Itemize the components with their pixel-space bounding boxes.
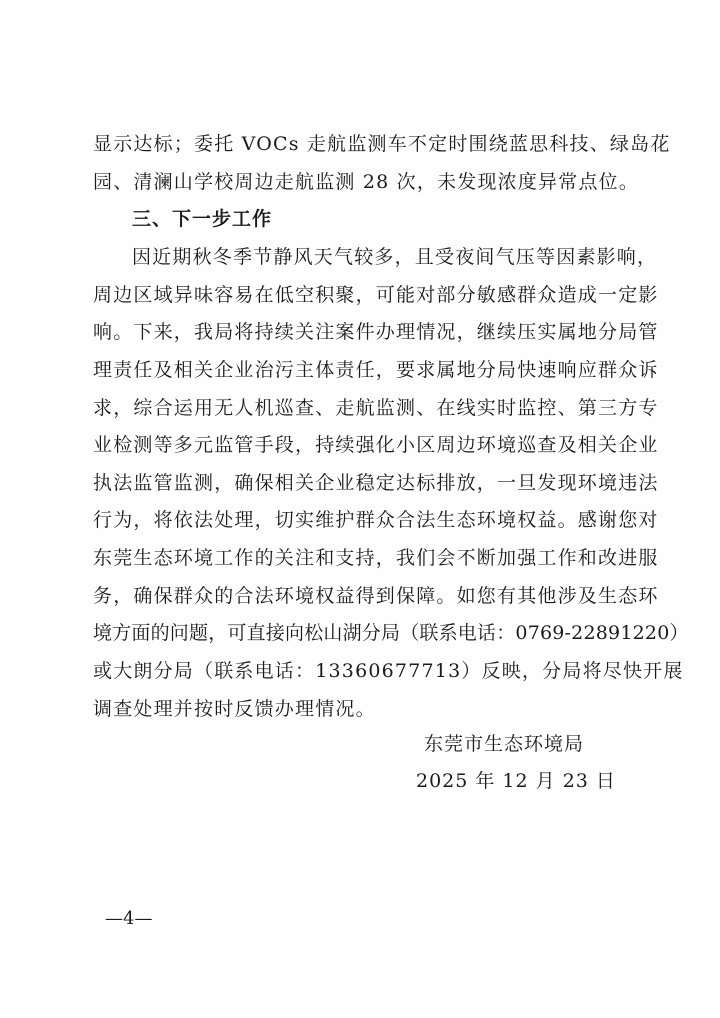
paragraph-line: 执法监管监测，确保相关企业稳定达标排放，一旦发现环境违法 xyxy=(93,471,633,495)
paragraph-line: 求，综合运用无人机巡查、走航监测、在线实时监控、第三方专 xyxy=(93,396,633,420)
page-number: —4— xyxy=(105,908,152,930)
paragraph-line: 行为，将依法处理，切实维护群众合法生态环境权益。感谢您对 xyxy=(93,508,633,532)
paragraph-line: 显示达标；委托 VOCs 走航监测车不定时围绕蓝思科技、绿岛花 xyxy=(93,132,633,156)
signature-organization: 东莞市生态环境局 xyxy=(424,732,584,756)
paragraph-line: 理责任及相关企业治污主体责任，要求属地分局快速响应群众诉 xyxy=(93,358,633,382)
paragraph-line: 调查处理并按时反馈办理情况。 xyxy=(93,697,633,721)
document-page: 显示达标；委托 VOCs 走航监测车不定时围绕蓝思科技、绿岛花 园、清澜山学校周… xyxy=(0,0,720,1018)
paragraph-line: 周边区域异味容易在低空积聚，可能对部分敏感群众造成一定影 xyxy=(93,283,633,307)
paragraph-line: 因近期秋冬季节静风天气较多，且受夜间气压等因素影响， xyxy=(132,245,633,269)
paragraph-line: 业检测等多元监管手段，持续强化小区周边环境巡查及相关企业 xyxy=(93,433,633,457)
signature-date: 2025 年 12 月 23 日 xyxy=(416,769,616,793)
paragraph-line: 园、清澜山学校周边走航监测 28 次，未发现浓度异常点位。 xyxy=(93,170,633,194)
paragraph-line: 境方面的问题，可直接向松山湖分局（联系电话：0769-22891220） xyxy=(93,621,633,645)
paragraph-line: 东莞生态环境工作的关注和支持，我们会不断加强工作和改进服 xyxy=(93,546,633,570)
paragraph-line: 务，确保群众的合法环境权益得到保障。如您有其他涉及生态环 xyxy=(93,584,633,608)
paragraph-line: 响。下来，我局将持续关注案件办理情况，继续压实属地分局管 xyxy=(93,320,633,344)
paragraph-line: 或大朗分局（联系电话：13360677713）反映，分局将尽快开展 xyxy=(93,659,633,683)
section-heading: 三、下一步工作 xyxy=(132,207,272,231)
